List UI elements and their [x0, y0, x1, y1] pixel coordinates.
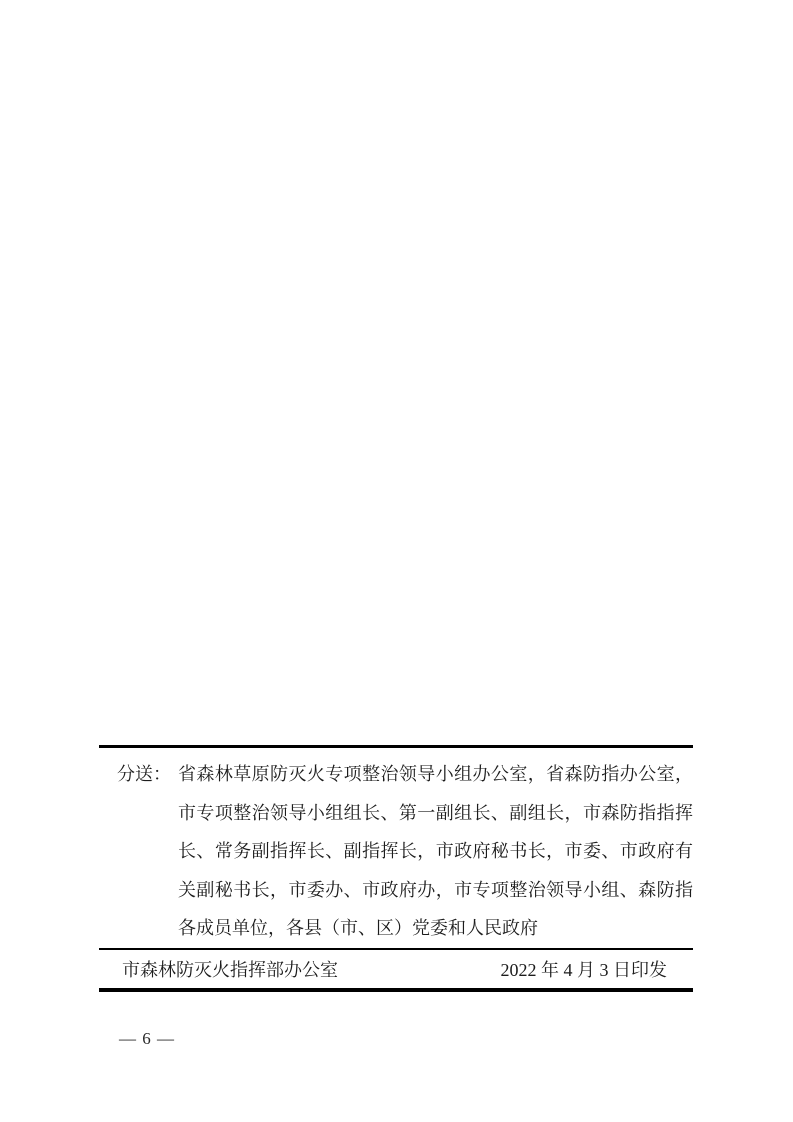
- issuing-office: 市森林防灭火指挥部办公室: [122, 956, 338, 982]
- distribution-line: 市专项整治领导小组组长、第一副组长、副组长，市森防指指挥: [178, 794, 693, 833]
- distribution-section: 分送： 省森林草原防灭火专项整治领导小组办公室，省森防指办公室， 市专项整治领导…: [99, 748, 693, 948]
- distribution-label: 分送：: [117, 755, 178, 794]
- document-page: 分送： 省森林草原防灭火专项整治领导小组办公室，省森防指办公室， 市专项整治领导…: [0, 0, 793, 1122]
- distribution-line: 关副秘书长，市委办、市政府办，市专项整治领导小组、森防指: [178, 871, 693, 910]
- document-footer-block: 分送： 省森林草原防灭火专项整治领导小组办公室，省森防指办公室， 市专项整治领导…: [99, 745, 693, 992]
- divider-bottom: [99, 988, 693, 992]
- distribution-line: 长、常务副指挥长、副指挥长，市政府秘书长，市委、市政府有: [178, 832, 693, 871]
- page-number: — 6 —: [119, 1030, 175, 1048]
- distribution-list: 省森林草原防灭火专项整治领导小组办公室，省森防指办公室， 市专项整治领导小组组长…: [178, 755, 693, 948]
- colophon-row: 市森林防灭火指挥部办公室 2022 年 4 月 3 日印发: [99, 950, 693, 988]
- print-date: 2022 年 4 月 3 日印发: [501, 956, 668, 982]
- distribution-line: 各成员单位，各县（市、区）党委和人民政府: [178, 909, 693, 948]
- distribution-line: 省森林草原防灭火专项整治领导小组办公室，省森防指办公室，: [178, 755, 693, 794]
